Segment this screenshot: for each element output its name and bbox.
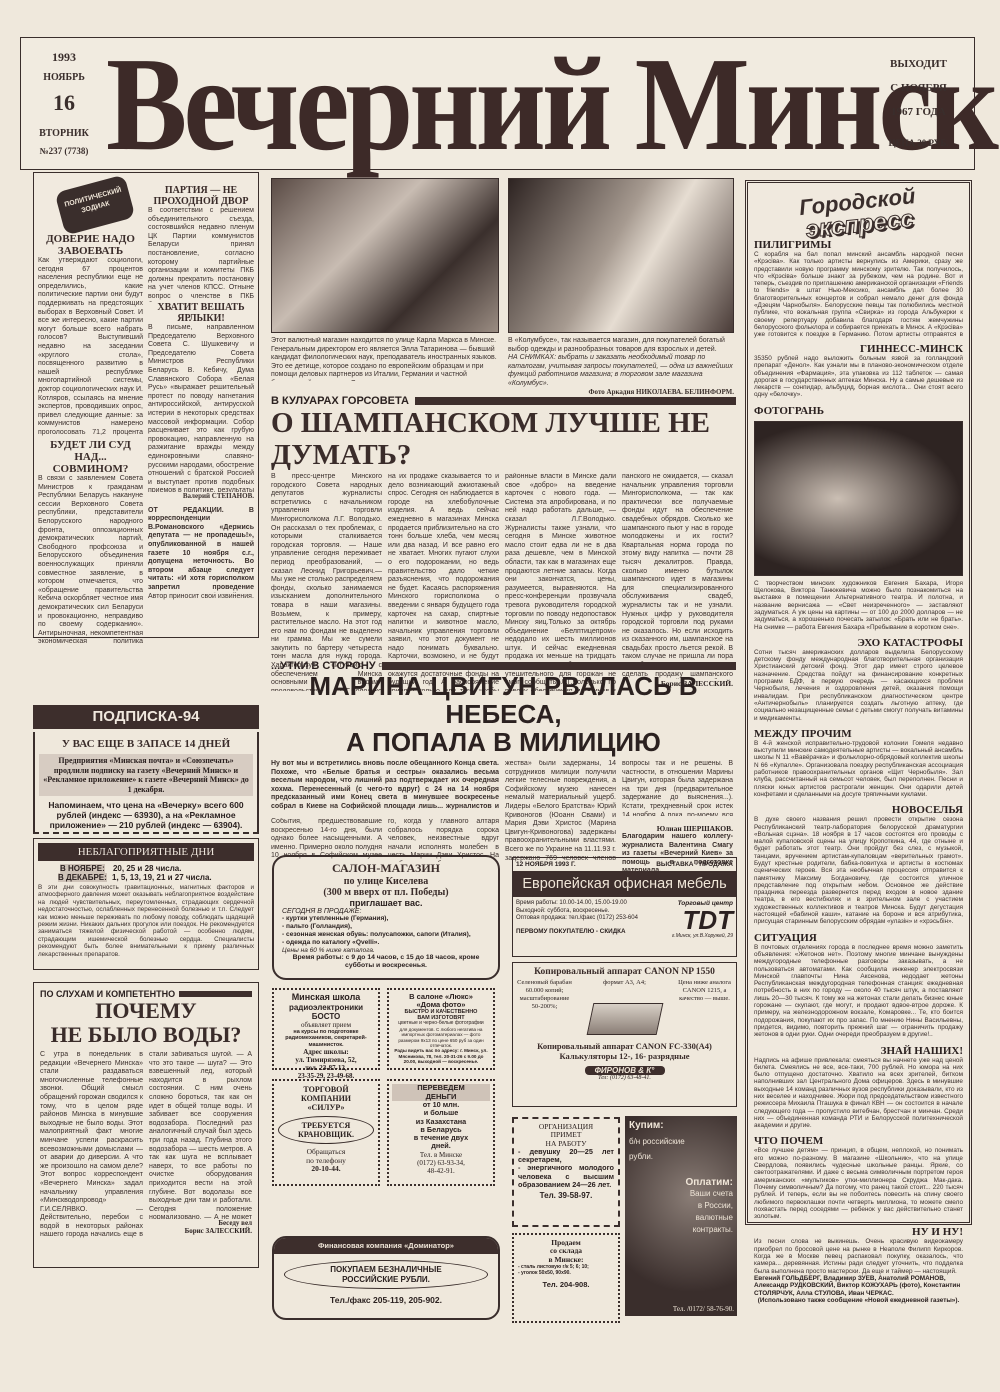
city-express-column: Городской экспресс ПИЛИГРИМЫ С корабля н… bbox=[745, 180, 972, 1225]
water-article: ПО СЛУХАМ И КОМПЕТЕНТНО ПОЧЕМУ НЕ БЫЛО В… bbox=[33, 982, 259, 1268]
school-address-label: Адрес школы: bbox=[277, 1048, 375, 1056]
salon-item: - пальто (Голландия), bbox=[282, 923, 490, 931]
photo-painting bbox=[754, 421, 963, 576]
section-title-photogran: ФОТОГРАНЬ bbox=[754, 405, 963, 417]
furniture-tag: ВЫСТАВКА - ПРОДАЖА bbox=[656, 861, 733, 868]
money-title: ПЕРЕВЕДЕМ ДЕНЬГИ bbox=[392, 1084, 490, 1101]
dec-dates: 1, 5, 13, 19, 21 и 27 числа. bbox=[112, 873, 212, 882]
marina-author: Юлиан ШЕРШАКОВ. bbox=[622, 824, 733, 833]
section-body-photogran: С творчеством минских художников Евгения… bbox=[754, 580, 963, 631]
furniture-date: 12 НОЯБРЯ 1993 Г. bbox=[516, 861, 576, 868]
since-line-2: С НОЯБРЯ bbox=[871, 82, 966, 94]
issue-info: 1993 НОЯБРЬ 16 ВТОРНИК №237 (7738) bbox=[29, 50, 99, 163]
dominator-title: Финансовая компания «Доминатор» bbox=[274, 1238, 498, 1254]
section-title-meanwhile: МЕЖДУ ПРОЧИМ bbox=[754, 728, 963, 740]
silur-need-2: КРАНОВЩИК. bbox=[279, 1130, 373, 1139]
ad-salon-shop: САЛОН-МАГАЗИН по улице Киселева (300 м в… bbox=[272, 855, 500, 980]
dec-label: В ДЕКАБРЕ: bbox=[58, 873, 107, 882]
photo-salon-body: для документов. С любого негатива на имп… bbox=[392, 1027, 490, 1049]
buy-offer: Ваши счета в России, валютные контракты. bbox=[629, 1188, 733, 1236]
school-title-1: Минская школа bbox=[277, 993, 375, 1003]
buy-offer-line: в России, bbox=[629, 1200, 733, 1212]
section-body-echo: Сотни тысяч американских долларов выдели… bbox=[754, 649, 963, 722]
section-title-echo: ЭХО КАТАСТРОФЫ bbox=[754, 637, 963, 649]
canon-line-2: Копировальный аппарат CANON FC-330(A4) bbox=[517, 1041, 732, 1051]
fironov-logo: ФИРОНОВ & К° bbox=[585, 1066, 665, 1075]
champagne-col-2: на их продаже сказывается то и дело возн… bbox=[388, 473, 499, 691]
salon-line-2: (300 м вверх от пл. Победы) bbox=[282, 887, 490, 898]
section-title-guinness: ГИННЕСС-МИНСК bbox=[754, 343, 963, 355]
zodiac-col-1: ДОВЕРИЕ НАДО ЗАВОЕВАТЬ Как утверждают со… bbox=[38, 233, 143, 643]
furniture-top-row: 12 НОЯБРЯ 1993 Г. ВЫСТАВКА - ПРОДАЖА bbox=[516, 861, 733, 868]
section-body-meanwhile: В 4-й женской исправительно-трудовой кол… bbox=[754, 740, 963, 798]
water-author-2: Борис ЗАЛЕССКИЙ. bbox=[149, 1227, 252, 1235]
subscription-block: ПОДПИСКА-94 У ВАС ЕЩЕ В ЗАПАСЕ 14 ДНЕЙ П… bbox=[33, 705, 259, 830]
caption-right-text-2: НА СНИМКАХ: выбрать и заказать необходим… bbox=[508, 354, 734, 388]
subscription-body-1: Предприятия «Минская почта» и «Союзпечат… bbox=[39, 754, 253, 796]
section-title-know-ours: ЗНАЙ НАШИХ! bbox=[754, 1045, 963, 1057]
salon-prices: Цены на 60 % ниже каталога. bbox=[282, 947, 490, 954]
furniture-days-off: Выходной: суббота, воскресенье. bbox=[516, 908, 656, 916]
warehouse-item-2: - уголок 50х50, 90х90. bbox=[518, 1270, 614, 1276]
money-tel-2: 48-42-91. bbox=[392, 1167, 490, 1175]
rubric-bar bbox=[415, 397, 736, 405]
november-days: В НОЯБРЕ: 20, 25 и 28 числа. bbox=[60, 864, 254, 873]
bad-days-banner: НЕБЛАГОПРИЯТНЫЕ ДНИ bbox=[38, 843, 254, 861]
article-body: В письме, направленном Председателю Верх… bbox=[148, 324, 254, 492]
year: 1993 bbox=[29, 50, 99, 65]
photo-salon-line-3: цветные и черно-белые фотографии bbox=[392, 1021, 490, 1027]
ad-canon-copier: Копировальный аппарат CANON NP 1550 Селе… bbox=[512, 962, 737, 1107]
ad-warehouse: Продаем со склада в Минске: - сталь лист… bbox=[512, 1233, 620, 1323]
zodiac-logo-text: ПОЛИТИЧЕСКИЙ ЗОДИАК bbox=[64, 187, 122, 215]
section-body-situation: В почтовых отделениях города в последнее… bbox=[754, 944, 963, 1039]
marina-col-3: жества» были задержаны, 14 сотрудников м… bbox=[505, 760, 616, 862]
champagne-title: О ШАМПАНСКОМ ЛУЧШЕ НЕ ДУМАТЬ? bbox=[271, 407, 736, 471]
job-tel: Тел. 39-58-97. bbox=[518, 1191, 614, 1200]
silur-need-1: ТРЕБУЕТСЯ bbox=[279, 1121, 373, 1130]
political-zodiac-box: ПОЛИТИЧЕСКИЙ ЗОДИАК ДОВЕРИЕ НАДО ЗАВОЕВА… bbox=[33, 172, 259, 638]
money-lines: от 10 млн. и больше из Казахстана в Бела… bbox=[392, 1101, 490, 1151]
furniture-details: Время работы: 10.00-14.00, 15.00-19.00 В… bbox=[516, 900, 656, 939]
marina-title-2: А ПОПАЛА В МИЛИЦИЮ bbox=[271, 728, 736, 756]
ad-photo-salon: В салоне «Люкс» «Дома фото» БЫСТРО И КАЧ… bbox=[387, 988, 495, 1070]
silur-title-3: «СИЛУР» bbox=[278, 1103, 374, 1112]
nov-label: В НОЯБРЕ: bbox=[60, 864, 105, 873]
buy-tel: Тел. /0172/ 58-76-90. bbox=[673, 1305, 734, 1313]
december-days: В ДЕКАБРЕ: 1, 5, 13, 19, 21 и 27 числа. bbox=[58, 873, 254, 882]
ad-silur: ТОРГОВОЙ КОМПАНИИ «СИЛУР» ТРЕБУЕТСЯ КРАН… bbox=[272, 1079, 380, 1186]
buy-title: Купим: bbox=[629, 1120, 733, 1131]
dominator-tel: Тел./факс 205-119, 205-902. bbox=[274, 1295, 498, 1305]
section-title-situation: СИТУАЦИЯ bbox=[754, 932, 963, 944]
warehouse-tel: Тел. 204-908. bbox=[518, 1280, 614, 1289]
apology: Автор приносит свои извинения. bbox=[148, 593, 254, 602]
salon-item: - куртки утепленные (Германия), bbox=[282, 915, 490, 923]
champagne-col-3: районные власти в Минске дали свое «добр… bbox=[505, 473, 616, 691]
salon-item: - сезонная женская обувь: полусапожки, с… bbox=[282, 931, 490, 939]
section-body-pilgrims: С корабля на бал попал минский ансамбль … bbox=[754, 251, 963, 339]
since-line-3: 1967 ГОДА bbox=[871, 106, 966, 118]
city-express-logo: Городской экспресс bbox=[752, 180, 965, 248]
ad-money-transfer: ПЕРЕВЕДЕМ ДЕНЬГИ от 10 млн. и больше из … bbox=[387, 1079, 495, 1186]
buy-pay: Оплатим: bbox=[629, 1177, 733, 1188]
water-title-1: ПОЧЕМУ bbox=[40, 999, 252, 1023]
job-item-2: - энергичного молодого человека с высшим… bbox=[518, 1164, 614, 1189]
job-item-1: - девушку 20—25 лет секретарем, bbox=[518, 1148, 614, 1165]
buy-line-1: б/н российские bbox=[629, 1137, 733, 1146]
furniture-hours: Время работы: 10.00-14.00, 15.00-19.00 bbox=[516, 900, 656, 908]
photo-shop-interior bbox=[271, 178, 499, 333]
masthead: 1993 НОЯБРЬ 16 ВТОРНИК №237 (7738) Вечер… bbox=[20, 37, 975, 170]
subscription-body-2: Напоминаем, что цена на «Вечерку» всего … bbox=[39, 800, 253, 830]
rubric-bar bbox=[179, 991, 252, 997]
section-body-guinness: 35350 рублей надо выложить больным язвой… bbox=[754, 355, 963, 399]
ad-radio-school: Минская школа радиоэлектроники БОСТО объ… bbox=[272, 988, 380, 1070]
photo-caption-right: В «Колумбусе», так называется магазин, д… bbox=[508, 337, 734, 397]
day: 16 bbox=[29, 90, 99, 116]
buy-offer-line: Ваши счета bbox=[629, 1188, 733, 1200]
tdt-brand: TDT bbox=[656, 907, 733, 933]
rubric-bar bbox=[382, 662, 736, 670]
salon-items: - куртки утепленные (Германия), - пальто… bbox=[282, 915, 490, 947]
article-body: Как утверждают социологи, сегодня 67 про… bbox=[38, 257, 143, 437]
canon-tel: Тел: (0172) 63-48-41. bbox=[517, 1075, 732, 1081]
silur-title-1: ТОРГОВОЙ bbox=[278, 1085, 374, 1094]
express-source: (Использовано также сообщение «Новой еже… bbox=[754, 1297, 963, 1304]
warehouse-title-3: в Минске: bbox=[518, 1256, 614, 1264]
school-title-3: БОСТО bbox=[277, 1012, 375, 1021]
issue-number: №237 (7738) bbox=[29, 146, 99, 156]
editorial-correction: ОТ РЕДАКЦИИ. В корреспонденции В.Романов… bbox=[148, 507, 254, 593]
school-address: ул. Тимирязева, 52, bbox=[277, 1056, 375, 1064]
salon-line-1: по улице Киселева bbox=[282, 876, 490, 887]
marina-title-1: МАРИНА ЦВИГУН РВАЛАСЬ В НЕБЕСА, bbox=[271, 672, 736, 728]
canon-spec-left: Селеновый барабан 60.000 копий; масштаби… bbox=[517, 979, 572, 1011]
marina-col-4: вопросы так и не решены. В частности, в … bbox=[622, 760, 733, 816]
canon-title: Копировальный аппарат CANON NP 1550 bbox=[517, 967, 732, 977]
champagne-col-1: В пресс-центре Минского городского Совет… bbox=[271, 473, 382, 691]
dominator-body-1: ПОКУПАЕМ БЕЗНАЛИЧНЫЕ bbox=[285, 1265, 487, 1275]
section-body-prices: «Все лучшее детям» — принцип, в общем, н… bbox=[754, 1147, 963, 1220]
water-title-2: НЕ БЫЛО ВОДЫ? bbox=[40, 1023, 252, 1047]
since-info: ВЫХОДИТ С НОЯБРЯ 1967 ГОДА ЦЕНА 20 РУБ. bbox=[871, 58, 966, 160]
subscription-banner: ПОДПИСКА-94 bbox=[33, 705, 259, 729]
water-col-2: стали забиваться шугой. — А что это тако… bbox=[149, 1051, 252, 1219]
school-tel-1: тел. 23-87-12, bbox=[277, 1064, 375, 1072]
champagne-rubric-row: В КУЛУАРАХ ГОРСОВЕТА bbox=[271, 395, 736, 407]
article-author: Валерий СТЕПАНОВ. bbox=[148, 492, 254, 501]
subscription-headline: У ВАС ЕЩЕ В ЗАПАСЕ 14 ДНЕЙ bbox=[39, 738, 253, 750]
nov-dates: 20, 25 и 28 числа. bbox=[113, 864, 182, 873]
tdt-address: г.Минск, ул.В.Хоружей, 29 bbox=[656, 933, 733, 939]
silur-oval: ТРЕБУЕТСЯ КРАНОВЩИК. bbox=[278, 1116, 374, 1144]
canon-spec-right: Цена ниже аналога CANON 1215, а качество… bbox=[677, 979, 732, 1011]
buy-line-2: рубли. bbox=[629, 1152, 733, 1161]
article-title: ДОВЕРИЕ НАДО ЗАВОЕВАТЬ bbox=[38, 233, 143, 257]
ad-job-offer: ОРГАНИЗАЦИЯ ПРИМЕТ НА РАБОТУ - девушку 2… bbox=[512, 1117, 620, 1227]
month: НОЯБРЬ bbox=[29, 72, 99, 83]
marina-lead: Ну вот мы и встретились вновь после обещ… bbox=[271, 760, 499, 812]
buy-offer-line: валютные bbox=[629, 1212, 733, 1224]
article-title: ХВАТИТ ВЕШАТЬ ЯРЛЫКИ! bbox=[148, 302, 254, 324]
weekday: ВТОРНИК bbox=[29, 128, 99, 139]
since-line-1: ВЫХОДИТ bbox=[871, 58, 966, 70]
furniture-title: Европейская офисная мебель bbox=[513, 871, 736, 897]
bad-days-block: НЕБЛАГОПРИЯТНЫЕ ДНИ В НОЯБРЕ: 20, 25 и 2… bbox=[33, 838, 259, 970]
photo-salon-title-2: «Дома фото» bbox=[392, 1001, 490, 1009]
section-title-well-well: НУ И НУ! bbox=[754, 1226, 963, 1238]
money-tel-1: (0172) 63-93-34, bbox=[392, 1159, 490, 1167]
ad-office-furniture: 12 НОЯБРЯ 1993 Г. ВЫСТАВКА - ПРОДАЖА Евр… bbox=[512, 857, 737, 957]
zodiac-col-2: ПАРТИЯ — НЕ ПРОХОДНОЙ ДВОР В соответстви… bbox=[148, 177, 254, 601]
school-line-1: объявляет прием bbox=[277, 1021, 375, 1029]
section-title-prices: ЧТО ПОЧЕМ bbox=[754, 1135, 963, 1147]
copier-image bbox=[586, 1003, 663, 1035]
water-col-1: С утра в понедельник в редакции «Вечерне… bbox=[40, 1051, 143, 1241]
zodiac-logo: ПОЛИТИЧЕСКИЙ ЗОДИАК bbox=[55, 174, 136, 235]
salon-hours: Время работы: с 9 до 14 часов, с 15 до 1… bbox=[282, 954, 490, 970]
money-tel-label: Тел. в Минске bbox=[392, 1151, 490, 1159]
ad-buy-rubles: Купим: б/н российские рубли. Оплатим: Ва… bbox=[625, 1116, 737, 1316]
dominator-body-2: РОССИЙСКИЕ РУБЛИ. bbox=[285, 1275, 487, 1285]
express-credits: Евгений ГОЛЬДБЕРГ, Владимир ЗУЕВ, Анатол… bbox=[754, 1275, 963, 1297]
school-line-2: на курсы по подготовке радиомехаников, с… bbox=[277, 1029, 375, 1049]
silur-contact-3: 20-10-44. bbox=[278, 1165, 374, 1174]
dominator-oval: ПОКУПАЕМ БЕЗНАЛИЧНЫЕ РОССИЙСКИЕ РУБЛИ. bbox=[284, 1260, 488, 1289]
salon-title: САЛОН-МАГАЗИН bbox=[282, 861, 490, 876]
price: ЦЕНА 20 РУБ. bbox=[871, 138, 966, 148]
champagne-col-4: панского не ожидается, — сказал начальни… bbox=[622, 473, 733, 679]
buy-offer-line: контракты. bbox=[629, 1224, 733, 1236]
photo-columbus-shop bbox=[508, 178, 734, 333]
furniture-wholesale: Оптовая продажа: тел./факс (0172) 253-60… bbox=[516, 915, 656, 923]
school-title-2: радиоэлектроники bbox=[277, 1003, 375, 1012]
salon-item: - одежда по каталогу «Qvelli». bbox=[282, 939, 490, 947]
water-author-1: Беседу вел bbox=[149, 1219, 252, 1227]
article-body: В соответствии с решением объединительно… bbox=[148, 207, 254, 302]
section-body-well-well: Из песни слова не выкинешь. Очень красив… bbox=[754, 1238, 963, 1274]
furniture-discount: ПЕРВОМУ ПОКУПАТЕЛЮ - СКИДКА bbox=[516, 928, 656, 936]
newspaper-title: Вечерний Минск bbox=[106, 23, 876, 188]
tdt-logo: Торговый центр TDT г.Минск, ул.В.Хоружей… bbox=[656, 900, 733, 939]
article-body: В связи с заявлением Совета Министров к … bbox=[38, 475, 143, 643]
article-title: БУДЕТ ЛИ СУД НАД... СОВМИНОМ? bbox=[38, 439, 143, 475]
marina-article: ...УТКИ В СТОРОНУ МАРИНА ЦВИГУН РВАЛАСЬ … bbox=[271, 660, 736, 845]
rubric: В КУЛУАРАХ ГОРСОВЕТА bbox=[271, 395, 409, 407]
section-body-know-ours: Надпись на афише привлекала: смеяться вы… bbox=[754, 1057, 963, 1130]
canon-line-3: Калькуляторы 12-, 16- разрядные bbox=[517, 1051, 732, 1061]
salon-today: СЕГОДНЯ В ПРОДАЖЕ: bbox=[282, 908, 490, 915]
section-title-housewarming: НОВОСЕЛЬЯ bbox=[754, 804, 963, 816]
bad-days-body: В эти дни совокупность гравитационных, м… bbox=[38, 884, 254, 958]
salon-line-3: приглашает вас. bbox=[282, 898, 490, 908]
article-title: ПАРТИЯ — НЕ ПРОХОДНОЙ ДВОР bbox=[148, 185, 254, 207]
ad-dominator: Финансовая компания «Доминатор» ПОКУПАЕМ… bbox=[272, 1236, 500, 1320]
photo-salon-address: Рады видеть вас по адресу: г. Минск, ул.… bbox=[392, 1048, 490, 1064]
section-body-housewarming: В духе своего названия решил провести от… bbox=[754, 816, 963, 925]
money-line: дней. bbox=[392, 1142, 490, 1150]
photo-caption-left: Этот валютный магазин находится по улице… bbox=[271, 337, 499, 381]
caption-right-text: В «Колумбусе», так называется магазин, д… bbox=[508, 337, 734, 354]
champagne-article: В КУЛУАРАХ ГОРСОВЕТА О ШАМПАНСКОМ ЛУЧШЕ … bbox=[271, 395, 736, 660]
silur-title-2: КОМПАНИИ bbox=[278, 1094, 374, 1103]
